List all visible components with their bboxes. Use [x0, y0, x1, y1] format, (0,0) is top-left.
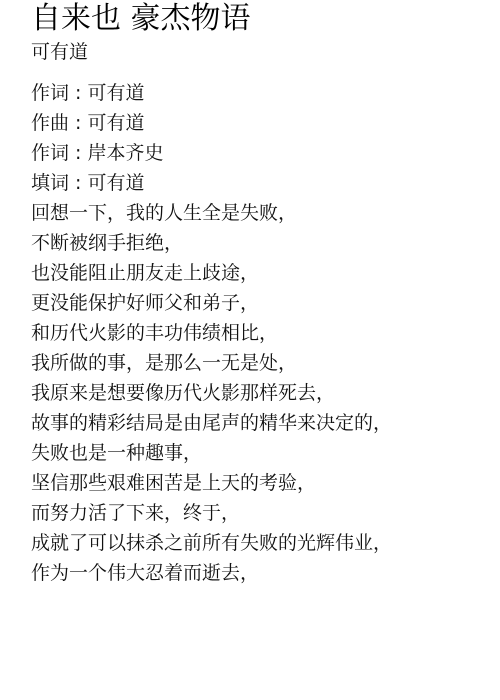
lyric-line-credit-lyricist: 作词 : 可有道 — [31, 78, 392, 108]
lyric-line: 作为一个伟大忍着而逝去， — [31, 558, 392, 588]
lyric-line-credit-original-lyricist: 作词 : 岸本齐史 — [31, 138, 392, 168]
lyrics-list: 作词 : 可有道 作曲 : 可有道 作词 : 岸本齐史 填词 : 可有道 回想一… — [31, 78, 392, 588]
lyric-line: 和历代火影的丰功伟绩相比， — [31, 318, 392, 348]
song-artist: 可有道 — [31, 40, 500, 64]
lyrics-page: 自来也 豪杰物语 可有道 作词 : 可有道 作曲 : 可有道 作词 : 岸本齐史… — [31, 0, 500, 64]
lyric-line: 我原来是想要像历代火影那样死去， — [31, 378, 392, 408]
lyric-line: 也没能阻止朋友走上歧途， — [31, 258, 392, 288]
lyric-line: 坚信那些艰难困苦是上天的考验， — [31, 468, 392, 498]
lyric-line: 故事的精彩结局是由尾声的精华来决定的， — [31, 408, 392, 438]
song-title: 自来也 豪杰物语 — [31, 0, 500, 38]
lyric-line: 回想一下，我的人生全是失败， — [31, 198, 392, 228]
lyric-line: 而努力活了下来，终于， — [31, 498, 392, 528]
lyric-line: 失败也是一种趣事， — [31, 438, 392, 468]
lyric-line-credit-composer: 作曲 : 可有道 — [31, 108, 392, 138]
lyric-line: 不断被纲手拒绝， — [31, 228, 392, 258]
lyric-line-credit-writer: 填词 : 可有道 — [31, 168, 392, 198]
lyric-line: 成就了可以抹杀之前所有失败的光辉伟业， — [31, 528, 392, 558]
lyric-line: 我所做的事，是那么一无是处， — [31, 348, 392, 378]
lyric-line: 更没能保护好师父和弟子， — [31, 288, 392, 318]
